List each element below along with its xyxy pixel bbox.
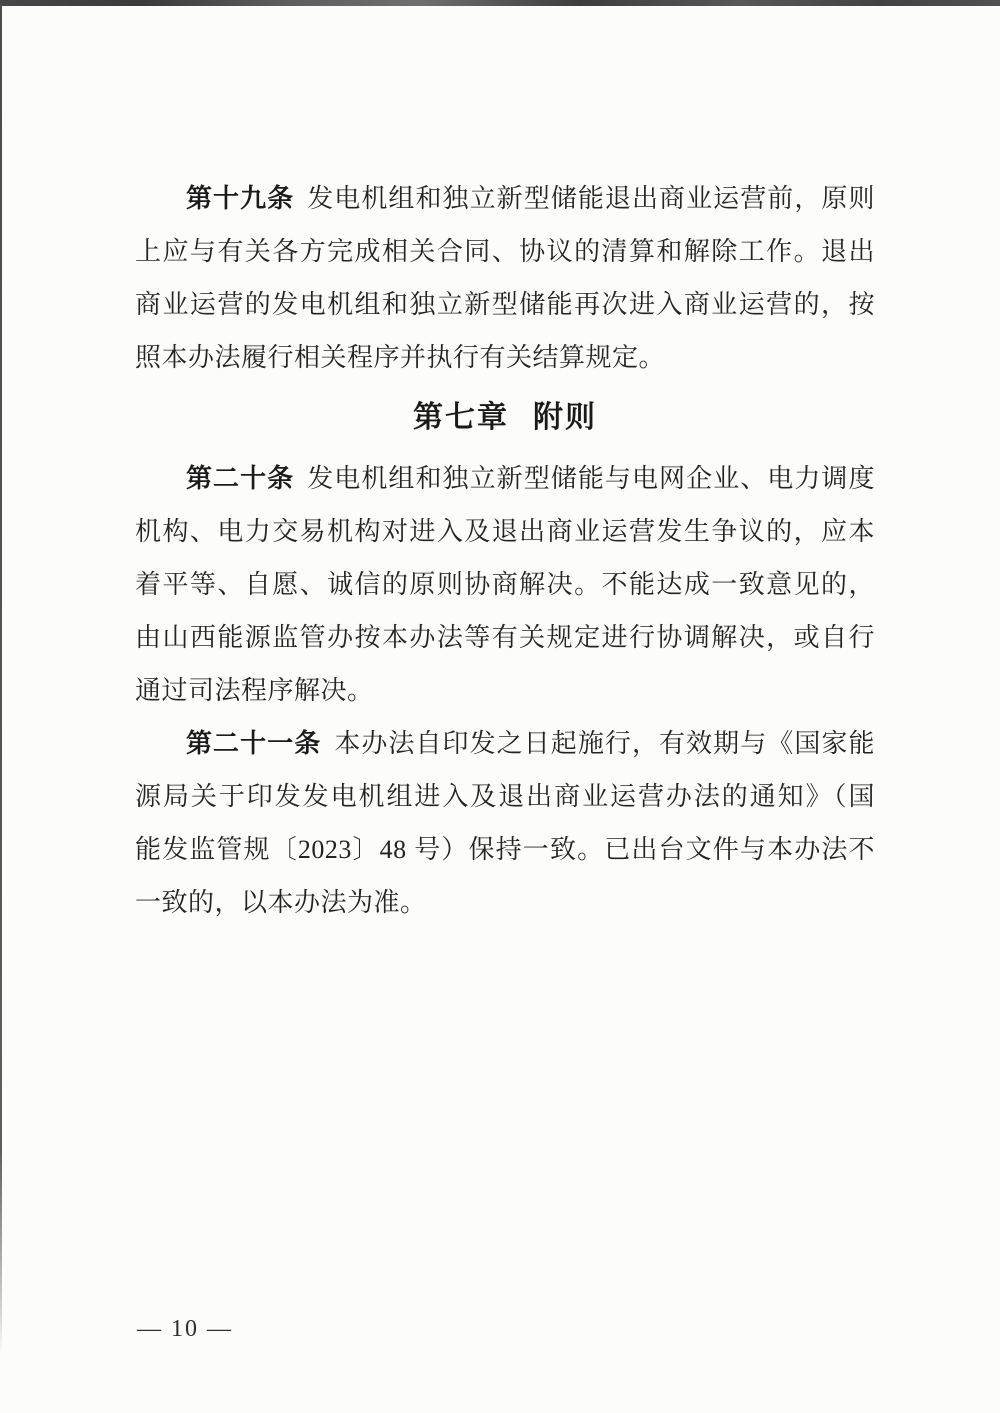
article-21-line-3: 能发监管规〔2023〕48 号）保持一致。已出台文件与本办法不 (135, 823, 875, 876)
chapter-heading-title: 附则 (533, 401, 597, 434)
article-21: 第二十一条本办法自印发之日起施行，有效期与《国家能 源局关于印发发电机组进入及退… (135, 717, 875, 929)
article-19: 第十九条发电机组和独立新型储能退出商业运营前，原则 上应与有关各方完成相关合同、… (135, 172, 875, 384)
article-21-line-4: 一致的，以本办法为准。 (135, 876, 875, 929)
document-body: 第十九条发电机组和独立新型储能退出商业运营前，原则 上应与有关各方完成相关合同、… (135, 172, 875, 929)
article-20-line-2: 机构、电力交易机构对进入及退出商业运营发生争议的，应本 (135, 505, 875, 558)
article-19-term: 第十九条 (186, 184, 294, 213)
article-20-term: 第二十条 (186, 464, 294, 493)
article-20: 第二十条发电机组和独立新型储能与电网企业、电力调度 机构、电力交易机构对进入及退… (135, 452, 875, 717)
article-19-line-4: 照本办法履行相关程序并执行有关结算规定。 (135, 331, 875, 384)
chapter-heading: 第七章附则 (135, 396, 875, 440)
scan-artifact-top-edge (0, 0, 1000, 6)
scan-artifact-left-edge (0, 4, 2, 1354)
article-21-term: 第二十一条 (186, 729, 321, 758)
article-20-line-1: 第二十条发电机组和独立新型储能与电网企业、电力调度 (135, 452, 875, 505)
article-20-line-3: 着平等、自愿、诚信的原则协商解决。不能达成一致意见的， (135, 558, 875, 611)
document-page: 第十九条发电机组和独立新型储能退出商业运营前，原则 上应与有关各方完成相关合同、… (0, 0, 1000, 1413)
article-20-line-5: 通过司法程序解决。 (135, 664, 875, 717)
article-19-line-1: 第十九条发电机组和独立新型储能退出商业运营前，原则 (135, 172, 875, 225)
article-20-line-4: 由山西能源监管办按本办法等有关规定进行协调解决，或自行 (135, 611, 875, 664)
article-19-line-3: 商业运营的发电机组和独立新型储能再次进入商业运营的，按 (135, 278, 875, 331)
chapter-heading-number: 第七章 (413, 401, 509, 434)
article-20-line-1-text: 发电机组和独立新型储能与电网企业、电力调度 (307, 464, 875, 493)
article-19-line-2: 上应与有关各方完成相关合同、协议的清算和解除工作。退出 (135, 225, 875, 278)
article-21-line-2: 源局关于印发发电机组进入及退出商业运营办法的通知》（国 (135, 770, 875, 823)
article-19-line-1-text: 发电机组和独立新型储能退出商业运营前，原则 (307, 184, 875, 213)
article-21-line-1-text: 本办法自印发之日起施行，有效期与《国家能 (334, 729, 875, 758)
article-21-line-1: 第二十一条本办法自印发之日起施行，有效期与《国家能 (135, 717, 875, 770)
page-number: — 10 — (137, 1314, 233, 1344)
